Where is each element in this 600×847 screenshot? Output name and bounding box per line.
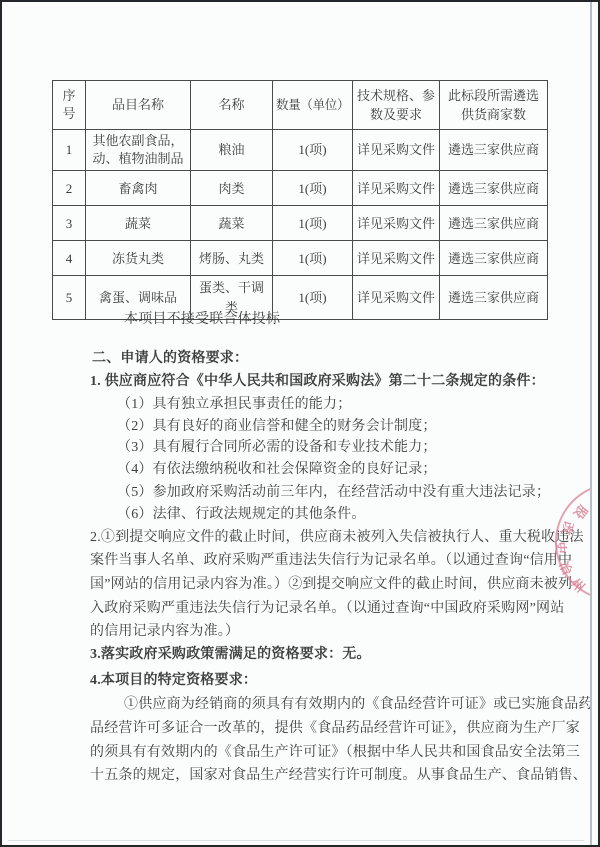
cell-name: 肉类 <box>191 171 273 206</box>
cell-seq: 5 <box>53 276 86 320</box>
cell-qty: 1(项) <box>273 130 353 171</box>
procurement-items-table: 序号 品目名称 名称 数量（单位） 技术规格、参数及要求 此标段所需遴选供货商家… <box>52 80 548 320</box>
table-row: 4 冻货丸类 烤肠、丸类 1(项) 详见采购文件 遴选三家供应商 <box>53 241 548 276</box>
cell-suppliers: 遴选三家供应商 <box>440 241 548 276</box>
cell-item: 冻货丸类 <box>86 241 191 276</box>
table-row: 2 畜禽肉 肉类 1(项) 详见采购文件 遴选三家供应商 <box>53 171 548 206</box>
scan-edge-line <box>590 2 592 845</box>
clause-1-item-1: （1）具有独立承担民事责任的能力； <box>117 393 351 413</box>
cell-seq: 1 <box>53 130 86 171</box>
seal-character: 股 <box>570 502 590 524</box>
header-quantity-unit: 数量（单位） <box>273 81 353 130</box>
clause-2-line-3: 国”网站的信用记录内容为准。）②到提交响应文件的截止时间，供应商未被列 <box>90 573 572 593</box>
cell-seq: 2 <box>53 171 86 206</box>
document-page: 序号 品目名称 名称 数量（单位） 技术规格、参数及要求 此标段所需遴选供货商家… <box>0 0 600 847</box>
clause-2-line-4: 入政府采购严重违法失信行为记录名单。（以通过查询“中国政府采购网”网站 <box>90 597 564 617</box>
no-consortium-note: 本项目不接受联合体投标 <box>124 308 280 328</box>
cell-suppliers: 遴选三家供应商 <box>440 130 548 171</box>
clause-1-item-4: （4）有依法缴纳税收和社会保障资金的良好记录； <box>117 458 437 478</box>
clause-1-item-3: （3）具有履行合同所必需的设备和专业技术能力； <box>117 436 437 456</box>
header-item-name: 品目名称 <box>86 81 191 130</box>
cell-seq: 3 <box>53 206 86 241</box>
cell-spec: 详见采购文件 <box>353 206 440 241</box>
table-header-row: 序号 品目名称 名称 数量（单位） 技术规格、参数及要求 此标段所需遴选供货商家… <box>53 81 548 130</box>
clause-2-line-2: 案件当事人名单、政府采购严重违法失信行为记录名单。（以通过查询“信用中 <box>90 549 572 569</box>
clause-1-item-6: （6）法律、行政法规规定的其他条件。 <box>117 503 366 523</box>
clause-1: 1. 供应商应符合《中华人民共和国政府采购法》第二十二条规定的条件： <box>90 370 545 390</box>
clause-3: 3.落实政府采购政策需满足的资格要求：无。 <box>90 643 371 663</box>
cell-qty: 1(项) <box>273 241 353 276</box>
cell-seq: 4 <box>53 241 86 276</box>
clause-4-line-1: ①供应商为经销商的须具有有效期内的《食品经营许可证》或已实施食品药 <box>124 693 593 713</box>
cell-spec: 详见采购文件 <box>353 130 440 171</box>
clause-1-item-5: （5）参加政府采购活动前三年内，在经营活动中没有重大违法记录； <box>117 481 550 501</box>
cell-item: 其他农副食品，动、植物油制品 <box>86 130 191 171</box>
cell-item: 蔬菜 <box>86 206 191 241</box>
header-supplier-count: 此标段所需遴选供货商家数 <box>440 81 548 130</box>
cell-name: 烤肠、丸类 <box>191 241 273 276</box>
clause-2-line-5: 的信用记录内容为准。） <box>90 620 239 640</box>
header-tech-spec: 技术规格、参数及要求 <box>353 81 440 130</box>
table-row: 1 其他农副食品，动、植物油制品 粮油 1(项) 详见采购文件 遴选三家供应商 <box>53 130 548 171</box>
clause-4-line-2: 品经营许可多证合一改革的，提供《食品药品经营许可证》，供应商为生产厂家 <box>90 717 580 737</box>
cell-spec: 详见采购文件 <box>353 241 440 276</box>
cell-qty: 1(项) <box>273 171 353 206</box>
clause-2-line-1: 2.①到提交响应文件的截止时间，供应商未被列入失信被执行人、重大税收违法 <box>90 526 584 546</box>
clause-4-line-4: 十五条的规定，国家对食品生产经营实行许可制度。从事食品生产、食品销售、 <box>90 764 587 784</box>
cell-suppliers: 遴选三家供应商 <box>440 171 548 206</box>
cell-qty: 1(项) <box>273 276 353 320</box>
header-name: 名称 <box>191 81 273 130</box>
clause-4-line-3: 的须具有有效期内的《食品生产许可证》（根据中华人民共和国食品安全法第三 <box>90 741 580 761</box>
cell-suppliers: 遴选三家供应商 <box>440 276 548 320</box>
cell-spec: 详见采购文件 <box>353 171 440 206</box>
clause-4: 4.本项目的特定资格要求： <box>90 669 257 689</box>
cell-spec: 详见采购文件 <box>353 276 440 320</box>
header-seq-no: 序号 <box>53 81 86 130</box>
cell-qty: 1(项) <box>273 206 353 241</box>
section-heading: 二、申请人的资格要求： <box>92 347 248 367</box>
scan-shadow-line <box>8 840 584 841</box>
cell-item: 畜禽肉 <box>86 171 191 206</box>
table-row: 3 蔬菜 蔬菜 1(项) 详见采购文件 遴选三家供应商 <box>53 206 548 241</box>
cell-name: 粮油 <box>191 130 273 171</box>
cell-suppliers: 遴选三家供应商 <box>440 206 548 241</box>
clause-1-item-2: （2）具有良好的商业信誉和健全的财务会计制度； <box>117 415 437 435</box>
cell-name: 蔬菜 <box>191 206 273 241</box>
